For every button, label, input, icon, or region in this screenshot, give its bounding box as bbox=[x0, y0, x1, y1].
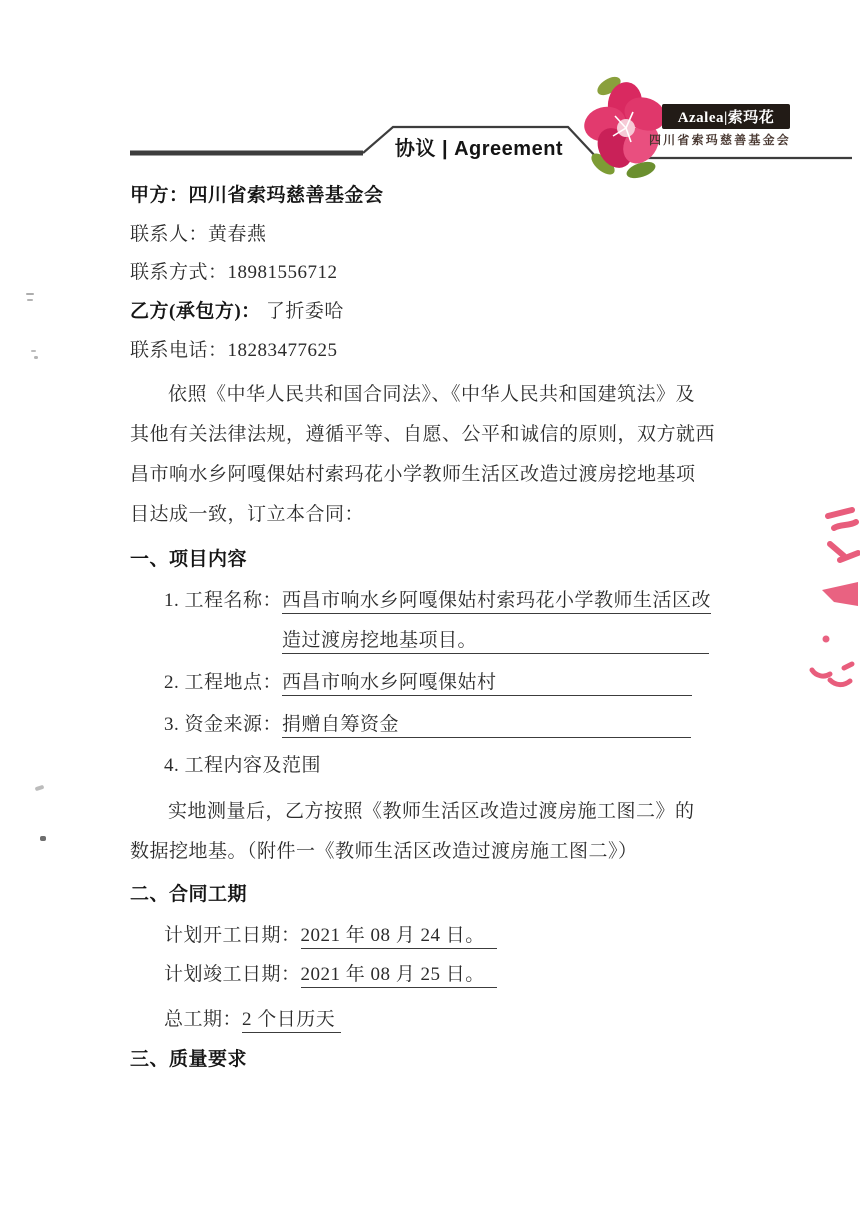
end-date-value: 2021 年 08 月 25 日。 bbox=[301, 964, 485, 988]
party-b-phone-label: 联系电话： bbox=[130, 340, 228, 361]
scan-artifact bbox=[40, 836, 46, 841]
preamble-line-2: 其他有关法律法规，遵循平等、自愿、公平和诚信的原则，双方就西 bbox=[130, 422, 715, 448]
project-name-line-1: 1. 工程名称：西昌市响水乡阿嘎倮姑村索玛花小学教师生活区改 bbox=[164, 588, 711, 614]
section-2-heading: 二、合同工期 bbox=[130, 882, 247, 908]
party-a-phone-line: 联系方式：18981556712 bbox=[130, 260, 338, 286]
phone-number: 18981556712 bbox=[228, 262, 338, 283]
party-b-phone-number: 18283477625 bbox=[228, 340, 338, 361]
party-b-name: 了折委哈 bbox=[266, 301, 344, 322]
funding-source-label: 3. 资金来源： bbox=[164, 714, 282, 735]
logo-brand-text: Azalea|索玛花 bbox=[678, 106, 775, 127]
scope-para-line-1: 实地测量后，乙方按照《教师生活区改造过渡房施工图二》的 bbox=[168, 799, 695, 825]
underline-blank bbox=[485, 928, 497, 949]
end-date-line: 计划竣工日期：2021 年 08 月 25 日。 bbox=[164, 962, 497, 988]
duration-value: 2 个日历天 bbox=[242, 1009, 335, 1033]
phone-label: 联系方式： bbox=[130, 262, 228, 283]
underline-blank bbox=[477, 633, 709, 654]
party-b-line: 乙方(承包方)： 了折委哈 bbox=[130, 299, 344, 325]
underline-blank bbox=[399, 717, 691, 738]
preamble-line-1: 依照《中华人民共和国合同法》、《中华人民共和国建筑法》及 bbox=[168, 382, 695, 408]
project-name-value-1: 西昌市响水乡阿嘎倮姑村索玛花小学教师生活区改 bbox=[282, 590, 711, 614]
end-date-label: 计划竣工日期： bbox=[164, 964, 301, 985]
section-3-heading: 三、质量要求 bbox=[130, 1047, 247, 1073]
party-b-label: 乙方(承包方)： bbox=[130, 301, 261, 322]
red-stamp-fragment bbox=[800, 498, 860, 698]
party-a-line: 甲方：四川省索玛慈善基金会 bbox=[130, 183, 384, 209]
contact-label: 联系人： bbox=[130, 224, 208, 245]
underline-blank bbox=[485, 967, 497, 988]
document-page: 协议 | Agreement Azalea|索玛花 四川省索玛慈善基金会 甲方：… bbox=[0, 0, 860, 1218]
start-date-value: 2021 年 08 月 24 日。 bbox=[301, 925, 485, 949]
project-location-line: 2. 工程地点：西昌市响水乡阿嘎倮姑村 bbox=[164, 670, 692, 696]
party-a-label: 甲方： bbox=[130, 185, 189, 206]
scan-artifact bbox=[26, 293, 34, 295]
party-a-name: 四川省索玛慈善基金会 bbox=[189, 185, 384, 206]
duration-line: 总工期：2 个日历天 bbox=[164, 1007, 341, 1033]
section-1-heading: 一、项目内容 bbox=[130, 547, 247, 573]
document-title: 协议 | Agreement bbox=[383, 132, 575, 161]
scope-heading-line: 4. 工程内容及范围 bbox=[164, 753, 321, 779]
scan-artifact bbox=[35, 785, 45, 792]
project-name-label: 1. 工程名称： bbox=[164, 590, 282, 611]
scope-para-line-2: 数据挖地基。（附件一《教师生活区改造过渡房施工图二》） bbox=[130, 839, 638, 865]
project-location-label: 2. 工程地点： bbox=[164, 672, 282, 693]
preamble-line-3: 昌市响水乡阿嘎倮姑村索玛花小学教师生活区改造过渡房挖地基项 bbox=[130, 462, 696, 488]
preamble-line-4: 目达成一致，订立本合同： bbox=[130, 502, 364, 528]
underline-blank bbox=[335, 1012, 341, 1033]
funding-source-line: 3. 资金来源：捐赠自筹资金 bbox=[164, 712, 691, 738]
contact-name: 黄春燕 bbox=[208, 224, 267, 245]
project-location-value: 西昌市响水乡阿嘎倮姑村 bbox=[282, 672, 497, 696]
underline-blank bbox=[497, 675, 692, 696]
logo-brand-badge: Azalea|索玛花 bbox=[662, 104, 790, 129]
start-date-line: 计划开工日期：2021 年 08 月 24 日。 bbox=[164, 923, 497, 949]
party-b-phone-line: 联系电话：18283477625 bbox=[130, 338, 338, 364]
funding-source-value: 捐赠自筹资金 bbox=[282, 714, 399, 738]
project-name-line-2: 造过渡房挖地基项目。 bbox=[282, 628, 709, 654]
scan-artifact bbox=[34, 356, 38, 359]
scan-artifact bbox=[27, 299, 33, 301]
party-a-contact-line: 联系人：黄春燕 bbox=[130, 222, 267, 248]
duration-label: 总工期： bbox=[164, 1009, 242, 1030]
logo-org-name: 四川省索玛慈善基金会 bbox=[644, 131, 796, 148]
scan-artifact bbox=[31, 350, 36, 352]
project-name-value-2: 造过渡房挖地基项目。 bbox=[282, 630, 477, 654]
start-date-label: 计划开工日期： bbox=[164, 925, 301, 946]
